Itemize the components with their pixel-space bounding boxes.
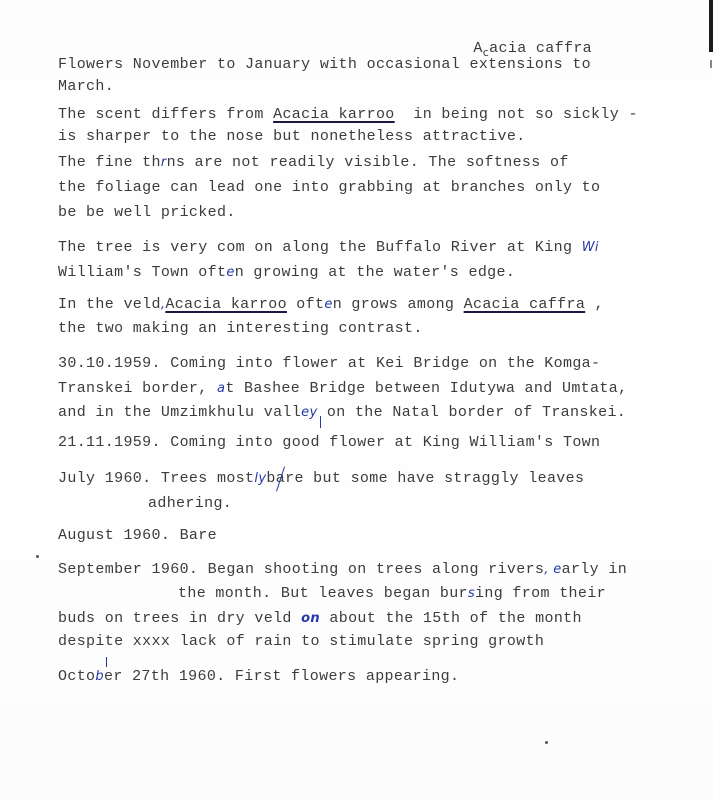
text: on the Natal border of Transkei.	[318, 404, 627, 421]
title-initial: A	[473, 40, 482, 57]
obs-1960-09-line-4: despite xxxx lack of rain to stimulate s…	[58, 633, 544, 651]
obs-1960-07-line-1: July 1960. Trees mostlybare but some hav…	[58, 470, 584, 488]
para-thorns-line-1: The fine thrns are not readily visible. …	[58, 154, 569, 172]
para-veld-line-2: the two making an interesting contrast.	[58, 320, 423, 338]
obs-1960-09-line-2: the month. But leaves began bursing from…	[178, 585, 606, 603]
para-habitat-line-1: The tree is very com on along the Buffal…	[58, 239, 599, 257]
text: t Bashee Bridge between Idutywa and Umta…	[225, 380, 627, 397]
para-flowering-line-1: Flowers November to January with occasio…	[58, 56, 591, 74]
text: William's Town oft	[58, 264, 226, 281]
obs-1960-07-line-2: adhering.	[148, 495, 232, 513]
obs-1960-09-line-3: buds on trees in dry veld on about the 1…	[58, 610, 582, 628]
text: arly in	[562, 561, 627, 578]
page-edge-shadow	[709, 0, 713, 52]
para-thorns-line-2: the foliage can lead one into grabbing a…	[58, 179, 600, 197]
text: bare but some have straggly leaves	[266, 470, 584, 487]
text: ing from their	[475, 585, 606, 602]
para-habitat-line-2: William's Town often growing at the wate…	[58, 264, 515, 282]
text: The scent differs from	[58, 106, 273, 123]
paper-speck	[36, 555, 39, 558]
obs-1960-10-27-line-1: October 27th 1960. First flowers appeari…	[58, 668, 459, 686]
obs-1959-10-30-line-2: Transkei border, at Bashee Bridge betwee…	[58, 380, 627, 398]
text: The tree is very com on along the Buffal…	[58, 239, 582, 256]
text: oft	[287, 296, 324, 313]
text: September 1960. Began shooting on trees …	[58, 561, 544, 578]
ink-correction: s	[468, 586, 475, 601]
obs-1960-09-line-1: September 1960. Began shooting on trees …	[58, 561, 627, 579]
text: in being not so sickly -	[395, 106, 638, 123]
ink-correction: b	[95, 669, 104, 684]
species-name-underlined: Acacia karroo	[165, 296, 287, 313]
ink-correction: ly	[254, 471, 266, 486]
para-scent-line-2: is sharper to the nose but nonetheless a…	[58, 128, 526, 146]
ink-correction: on	[301, 611, 320, 626]
para-flowering-line-2: March.	[58, 78, 114, 96]
text: buds on trees in dry veld	[58, 610, 301, 627]
title-rest: acia caffra	[489, 40, 592, 57]
paper-speck	[545, 741, 548, 744]
text: er 27th 1960. First flowers appearing.	[104, 668, 459, 685]
text: and in the Umzimkhulu vall	[58, 404, 301, 421]
para-scent-line-1: The scent differs from Acacia karroo in …	[58, 106, 638, 124]
typewritten-page: Acacia caffra Flowers November to Januar…	[0, 0, 713, 800]
text: n grows among	[333, 296, 464, 313]
obs-1960-08-line-1: August 1960. Bare	[58, 527, 217, 545]
ink-correction: e	[324, 297, 332, 312]
text: July 1960. Trees most	[58, 470, 254, 487]
ink-stroke	[320, 416, 321, 428]
ink-correction: , e	[544, 562, 561, 577]
text: Octo	[58, 668, 95, 685]
text: ns are not readily visible. The softness…	[167, 154, 569, 171]
page-edge-speck	[710, 60, 712, 68]
obs-1959-11-21-line-1: 21.11.1959. Coming into good flower at K…	[58, 434, 600, 452]
obs-1959-10-30-line-3: and in the Umzimkhulu valley on the Nata…	[58, 404, 626, 422]
species-name-underlined: Acacia caffra	[464, 296, 586, 313]
para-veld-line-1: In the veld,Acacia karroo often grows am…	[58, 296, 604, 314]
text: In the veld	[58, 296, 161, 313]
ink-correction: ey	[301, 405, 317, 420]
para-thorns-line-3: be be well pricked.	[58, 204, 236, 222]
species-name-underlined: Acacia karroo	[273, 106, 395, 123]
obs-1959-10-30-line-1: 30.10.1959. Coming into flower at Kei Br…	[58, 355, 600, 373]
text: ,	[585, 296, 604, 313]
text: The fine th	[58, 154, 161, 171]
text: n growing at the water's edge.	[235, 264, 516, 281]
text: Transkei border,	[58, 380, 217, 397]
text: about the 15th of the month	[320, 610, 582, 627]
ink-stroke	[106, 657, 107, 667]
ink-correction: Wi	[582, 240, 599, 255]
text: the month. But leaves began bur	[178, 585, 468, 602]
ink-correction: e	[226, 265, 234, 280]
